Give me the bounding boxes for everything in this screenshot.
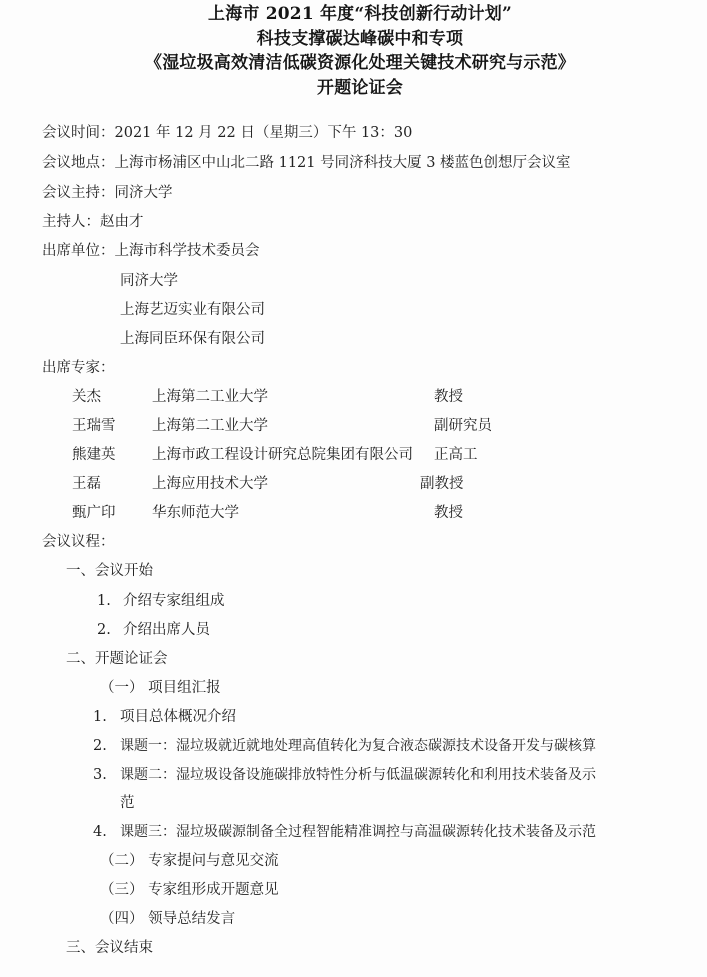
expert-name: 王瑞雪 — [72, 416, 116, 436]
agenda-item-text: 介绍出席人员 — [123, 622, 210, 638]
agenda-item-text: 课题一：湿垃圾就近就地处理高值转化为复合液态碳源技术设备开发与碳核算 — [120, 738, 596, 754]
meeting-time: 会议时间：2021 年 12 月 22 日（星期三）下午 13：30 — [42, 123, 412, 143]
expert-name: 王磊 — [72, 474, 101, 494]
agenda-item-number: 2. — [97, 620, 123, 640]
expert-title: 教授 — [434, 387, 463, 407]
meeting-time-label: 会议时间： — [42, 125, 115, 141]
agenda-item-text-continuation: 范 — [120, 793, 135, 813]
document-page: 上海市 2021 年度“科技创新行动计划” 科技支撑碳达峰碳中和专项 《湿垃圾高… — [0, 0, 707, 977]
agenda-subsection-4: （四） 领导总结发言 — [100, 909, 235, 929]
agenda-subsection-1: （一） 项目组汇报 — [100, 678, 221, 698]
agenda-section-1-heading: 一、会议开始 — [66, 561, 153, 581]
expert-name: 甄广印 — [72, 503, 116, 523]
expert-title: 副研究员 — [434, 416, 492, 436]
expert-title: 副教授 — [420, 474, 464, 494]
meeting-location-label: 会议地点： — [42, 155, 115, 171]
expert-org: 上海市政工程设计研究总院集团有限公司 — [152, 445, 413, 465]
agenda-item: 3.课题二：湿垃圾设备设施碳排放特性分析与低温碳源转化和利用技术装备及示 — [93, 765, 596, 785]
expert-org: 上海应用技术大学 — [152, 474, 268, 494]
agenda-section-3-heading: 三、会议结束 — [66, 938, 153, 958]
document-title-block: 上海市 2021 年度“科技创新行动计划” 科技支撑碳达峰碳中和专项 《湿垃圾高… — [0, 2, 707, 100]
agenda-item-number: 2. — [93, 736, 120, 756]
expert-title: 教授 — [434, 503, 463, 523]
meeting-host-org-label: 会议主持： — [42, 185, 115, 201]
agenda-item-text: 介绍专家组组成 — [123, 593, 225, 609]
meeting-location-value: 上海市杨浦区中山北二路 1121 号同济科技大厦 3 楼蓝色创想厅会议室 — [115, 155, 571, 171]
agenda-item-number: 4. — [93, 822, 120, 842]
agenda-item-text: 课题三：湿垃圾碳源制备全过程智能精准调控与高温碳源转化技术装备及示范 — [120, 824, 596, 840]
meeting-host-person-label: 主持人： — [42, 214, 100, 230]
meeting-host-org-value: 同济大学 — [115, 185, 173, 201]
agenda-item-text: 项目总体概况介绍 — [120, 709, 236, 725]
meeting-location: 会议地点：上海市杨浦区中山北二路 1121 号同济科技大厦 3 楼蓝色创想厅会议… — [42, 153, 571, 173]
expert-org: 上海第二工业大学 — [152, 387, 268, 407]
attending-unit-4: 上海同臣环保有限公司 — [120, 329, 265, 349]
expert-org: 华东师范大学 — [152, 503, 239, 523]
experts-label: 出席专家： — [42, 358, 115, 378]
expert-name: 熊建英 — [72, 445, 116, 465]
agenda-item-number: 1. — [97, 591, 123, 611]
agenda-item: 1.介绍专家组组成 — [97, 591, 225, 611]
attending-unit-3: 上海艺迈实业有限公司 — [120, 300, 265, 320]
title-line-special-project: 科技支撑碳达峰碳中和专项 — [0, 27, 707, 52]
attending-units: 出席单位：上海市科学技术委员会 — [42, 241, 260, 261]
agenda-subsection-2: （二） 专家提问与意见交流 — [100, 851, 279, 871]
meeting-time-value: 2021 年 12 月 22 日（星期三）下午 13：30 — [115, 125, 413, 141]
title-line-project-name: 《湿垃圾高效清洁低碳资源化处理关键技术研究与示范》 — [0, 51, 707, 76]
agenda-item: 2.介绍出席人员 — [97, 620, 210, 640]
agenda-item-number: 3. — [93, 765, 120, 785]
agenda-item-number: 1. — [93, 707, 120, 727]
expert-name: 关杰 — [72, 387, 101, 407]
attending-units-label: 出席单位： — [42, 243, 115, 259]
title-line-program: 上海市 2021 年度“科技创新行动计划” — [0, 2, 707, 27]
agenda-label: 会议议程： — [42, 532, 115, 552]
agenda-item-text: 课题二：湿垃圾设备设施碳排放特性分析与低温碳源转化和利用技术装备及示 — [120, 767, 596, 783]
expert-title: 正高工 — [434, 445, 478, 465]
expert-org: 上海第二工业大学 — [152, 416, 268, 436]
meeting-host-person-value: 赵由才 — [100, 214, 144, 230]
agenda-item: 4.课题三：湿垃圾碳源制备全过程智能精准调控与高温碳源转化技术装备及示范 — [93, 822, 596, 842]
meeting-host-org: 会议主持：同济大学 — [42, 183, 173, 203]
meeting-host-person: 主持人：赵由才 — [42, 212, 144, 232]
agenda-subsection-3: （三） 专家组形成开题意见 — [100, 880, 279, 900]
title-line-meeting-type: 开题论证会 — [0, 76, 707, 101]
attending-unit-2: 同济大学 — [120, 271, 178, 291]
agenda-item: 2.课题一：湿垃圾就近就地处理高值转化为复合液态碳源技术设备开发与碳核算 — [93, 736, 596, 756]
agenda-item: 1.项目总体概况介绍 — [93, 707, 236, 727]
agenda-section-2-heading: 二、开题论证会 — [66, 649, 168, 669]
attending-unit-1: 上海市科学技术委员会 — [115, 243, 260, 259]
